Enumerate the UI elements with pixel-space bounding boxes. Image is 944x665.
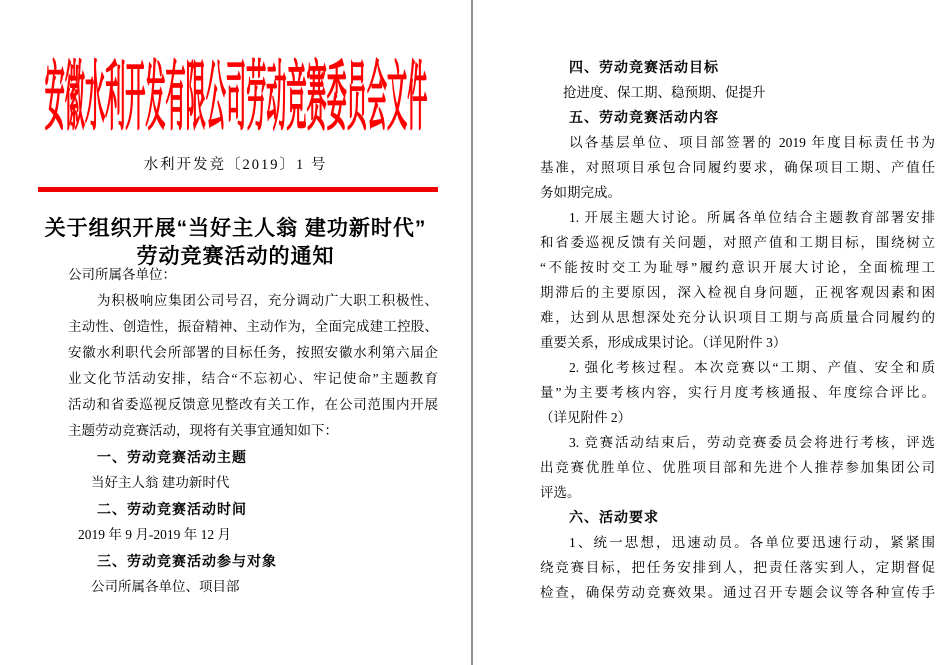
body-line: 基准，对照项目承包合同履约要求，确保项目工期、产值任 [540,155,935,180]
body-line: 为积极响应集团公司号召，充分调动广大职工积极性、 [68,288,438,314]
body-line: 公司所属各单位、项目部 [68,574,438,600]
body-line: 绕竞赛目标，把任务安排到人，把责任落实到人，定期督促 [540,555,935,580]
body-line: （详见附件 2） [540,405,935,430]
body-line: 难，达到从思想深处充分认识项目工期与高质量合同履约的 [540,305,935,330]
body-line: 3. 竞赛活动结束后，劳动竞赛委员会将进行考核，评选 [540,430,935,455]
body-line: 2019 年 9 月-2019 年 12 月 [68,522,438,548]
salutation-line: 公司所属各单位： [68,262,438,288]
body-line: 主题劳动竞赛活动，现将有关事宜通知如下： [68,418,438,444]
body-line: 评选。 [540,480,935,505]
body-line: 量”为主要考核内容，实行月度考核通报、年度综合评比。 [540,380,935,405]
section-heading-4: 四、劳动竞赛活动目标 [540,55,935,80]
body-line: “不能按时交工为耻辱”履约意识开展大讨论，全面梳理工 [540,255,935,280]
body-line: 当好主人翁 建功新时代 [68,470,438,496]
body-line: 和省委巡视反馈有关问题，对照产值和工期目标，围绕树立 [540,230,935,255]
body-line: 1、统一思想，迅速动员。各单位要迅速行动，紧紧围 [540,530,935,555]
section-heading-6: 六、活动要求 [540,505,935,530]
body-line: 务如期完成。 [540,180,935,205]
body-line: 活动和省委巡视反馈意见整改有关工作，在公司范围内开展 [68,392,438,418]
body-line: 检查，确保劳动竞赛效果。通过召开专题会议等各种宣传手 [540,580,935,605]
body-line: 抢进度、保工期、稳预期、促提升 [540,80,935,105]
left-page-body: 公司所属各单位： 为积极响应集团公司号召，充分调动广大职工积极性、 主动性、创造… [68,262,438,600]
section-heading-2: 二、劳动竞赛活动时间 [68,496,438,522]
body-line: 主动性、创造性，振奋精神、主动作为，全面完成建工控股、 [68,314,438,340]
doc-number: 水利开发竞〔2019〕1 号 [0,152,471,178]
body-line: 1. 开展主题大讨论。所属各单位结合主题教育部署安排 [540,205,935,230]
red-header-org-title: 安徽水利开发有限公司劳动竞赛委员会文件 [44,56,427,140]
body-line: 2. 强化考核过程。本次竞赛以“工期、产值、安全和质 [540,355,935,380]
red-rule-divider [38,187,438,192]
body-line: 业文化节活动安排，结合“不忘初心、牢记使命”主题教育 [68,366,438,392]
section-heading-5: 五、劳动竞赛活动内容 [540,105,935,130]
body-line: 安徽水利职代会所部署的目标任务，按照安徽水利第六届企 [68,340,438,366]
body-line: 出竞赛优胜单位、优胜项目部和先进个人推荐参加集团公司 [540,455,935,480]
body-line: 重要关系，形成成果讨论。（详见附件 3） [540,330,935,355]
document-page-right: 四、劳动竞赛活动目标 抢进度、保工期、稳预期、促提升 五、劳动竞赛活动内容 以各… [473,0,944,665]
body-line: 期滞后的主要原因，深入检视自身问题，正视客观因素和困 [540,280,935,305]
notice-title-line1: 关于组织开展“当好主人翁 建功新时代” [0,215,471,243]
section-heading-1: 一、劳动竞赛活动主题 [68,444,438,470]
document-page-left: 安徽水利开发有限公司劳动竞赛委员会文件 水利开发竞〔2019〕1 号 关于组织开… [0,0,471,665]
body-line: 以各基层单位、项目部签署的 2019 年度目标责任书为 [540,130,935,155]
right-page-body: 四、劳动竞赛活动目标 抢进度、保工期、稳预期、促提升 五、劳动竞赛活动内容 以各… [540,55,935,605]
section-heading-3: 三、劳动竞赛活动参与对象 [68,548,438,574]
